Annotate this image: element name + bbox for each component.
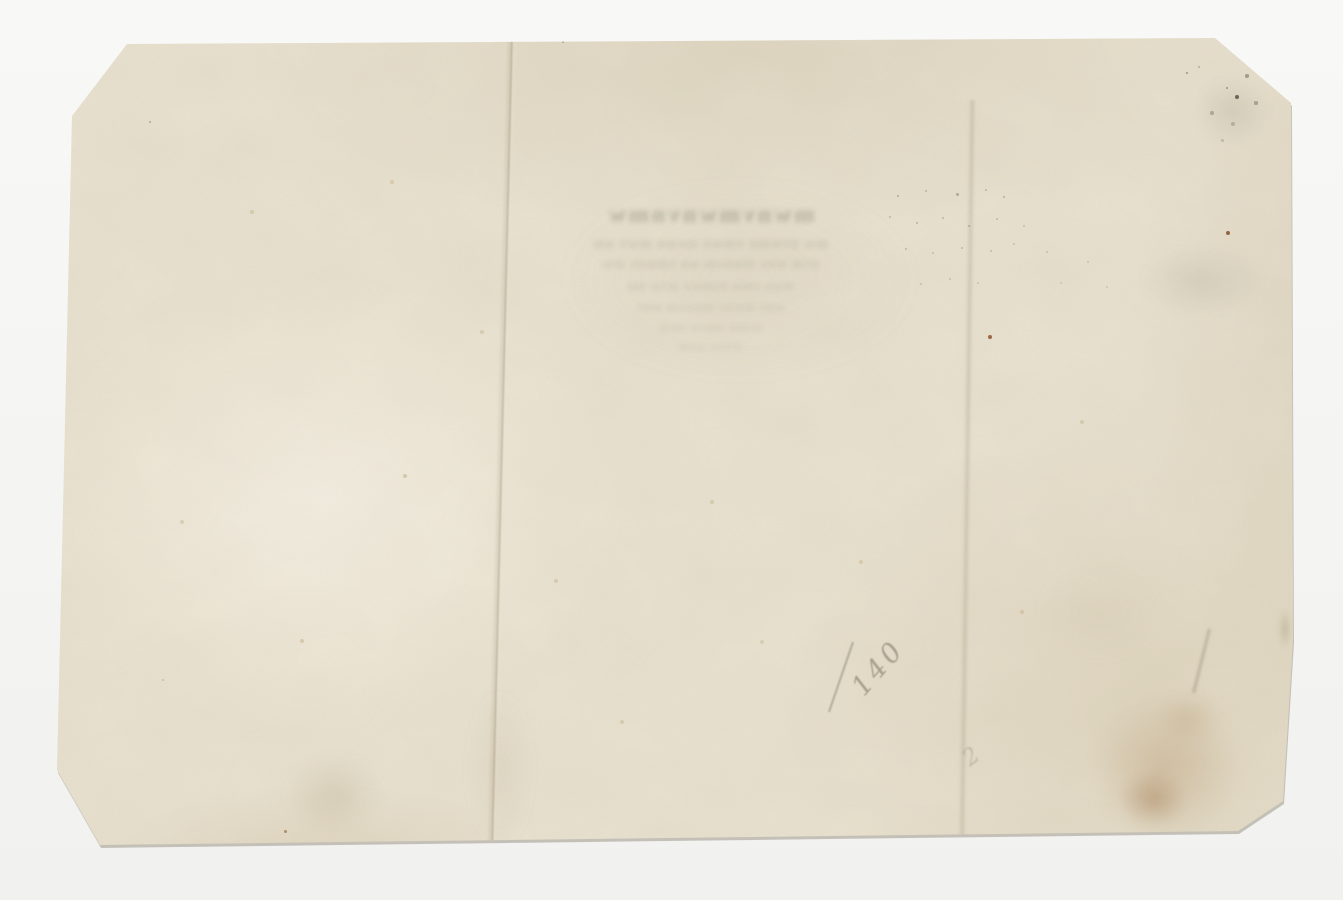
corner-crease (1192, 629, 1211, 694)
foxing-speck (1080, 420, 1084, 424)
stain (1090, 695, 1240, 840)
foxing-speck (390, 180, 394, 184)
foxing-speck (180, 520, 184, 524)
bleed-line: nvm wnv mwnvm wn vmwnv mw (521, 257, 898, 273)
foxing-speck (554, 579, 558, 583)
paper: mwnvmwnvnmw mw nvwmn vmwn mvwn mwv nm nv… (0, 0, 1343, 900)
foxing-speck (1235, 95, 1239, 99)
stain (1278, 608, 1292, 650)
foxing-speck (403, 474, 407, 478)
foxing-speck (480, 330, 484, 334)
foxing-speck (988, 335, 992, 339)
secondary-fold-crease (958, 100, 976, 838)
bleed-line: nvmw nmvw nwm (608, 320, 813, 335)
foxing-speck (760, 640, 764, 644)
foxing-speck (1231, 122, 1236, 127)
foxing-speck (1046, 251, 1048, 253)
foxing-speck (1023, 225, 1025, 227)
foxing-speck (996, 218, 998, 220)
foxing-speck (1106, 286, 1108, 288)
stain (470, 690, 530, 850)
stain (560, 180, 920, 380)
foxing-speck (977, 282, 979, 284)
foxing-speck (1254, 101, 1257, 104)
stain (1118, 770, 1188, 828)
foxing-speck (968, 225, 971, 228)
bleed-line: mwnv wnm (642, 339, 777, 354)
foxing-speck (942, 217, 944, 219)
bleed-line: mwnvmwnvnmw (534, 202, 887, 229)
foxing-speck (859, 560, 863, 564)
foxing-speck (162, 679, 165, 682)
foxing-speck (889, 216, 891, 218)
foxing-speck (250, 210, 254, 214)
stain (1195, 78, 1270, 146)
foxing-speck (1003, 196, 1006, 199)
pencil-slash-mark (828, 642, 854, 713)
bleed-line: mw nvwmn vmwn mvwn mwv nm (511, 236, 909, 253)
foxing-speck (1245, 74, 1248, 77)
foxing-speck (949, 278, 952, 281)
foxing-speck (925, 190, 927, 192)
foxing-speck (1210, 111, 1214, 115)
stain (1040, 560, 1160, 660)
foxing-speck (916, 222, 919, 225)
scanner-background: mwnvmwnvnmw mw nvwmn vmwn mvwn mwv nm nv… (0, 0, 1343, 900)
stain (1140, 245, 1265, 315)
bleed-line: wnv mwnv mnwvm wnv (579, 299, 841, 315)
print-bleed-through: mwnvmwnvnmw mw nvwmn vmwn mvwn mwv nm nv… (505, 194, 915, 378)
foxing-speck (956, 193, 959, 196)
foxing-speck (1226, 231, 1231, 236)
foxing-speck (620, 720, 624, 724)
foxing-speck (710, 500, 714, 504)
pencil-annotation-secondary: 2 (958, 742, 986, 772)
vertical-fold-crease (486, 38, 518, 848)
foxing-speck (1198, 66, 1201, 69)
foxing-speck (1221, 139, 1224, 142)
foxing-speck (1186, 72, 1188, 74)
foxing-speck (300, 639, 304, 643)
foxing-speck (985, 189, 987, 191)
foxing-speck (1020, 610, 1024, 614)
foxing-speck (932, 252, 934, 254)
foxing-speck (990, 250, 992, 252)
foxing-speck (1060, 282, 1062, 284)
foxing-speck (562, 41, 565, 44)
foxing-speck (1013, 243, 1015, 245)
foxing-speck (1087, 261, 1089, 263)
foxing-speck (920, 283, 922, 285)
stain (1155, 690, 1220, 745)
foxing-speck (284, 830, 287, 833)
foxing-speck (149, 121, 151, 123)
foxing-speck (905, 248, 908, 251)
foxing-speck (1226, 87, 1229, 90)
foxing-speck (897, 195, 900, 198)
bleed-line: mwn vmw nvmwn mvw nm (546, 278, 874, 294)
pencil-annotation-price: 140 (846, 634, 911, 702)
foxing-speck (961, 247, 964, 250)
stain (285, 755, 385, 835)
